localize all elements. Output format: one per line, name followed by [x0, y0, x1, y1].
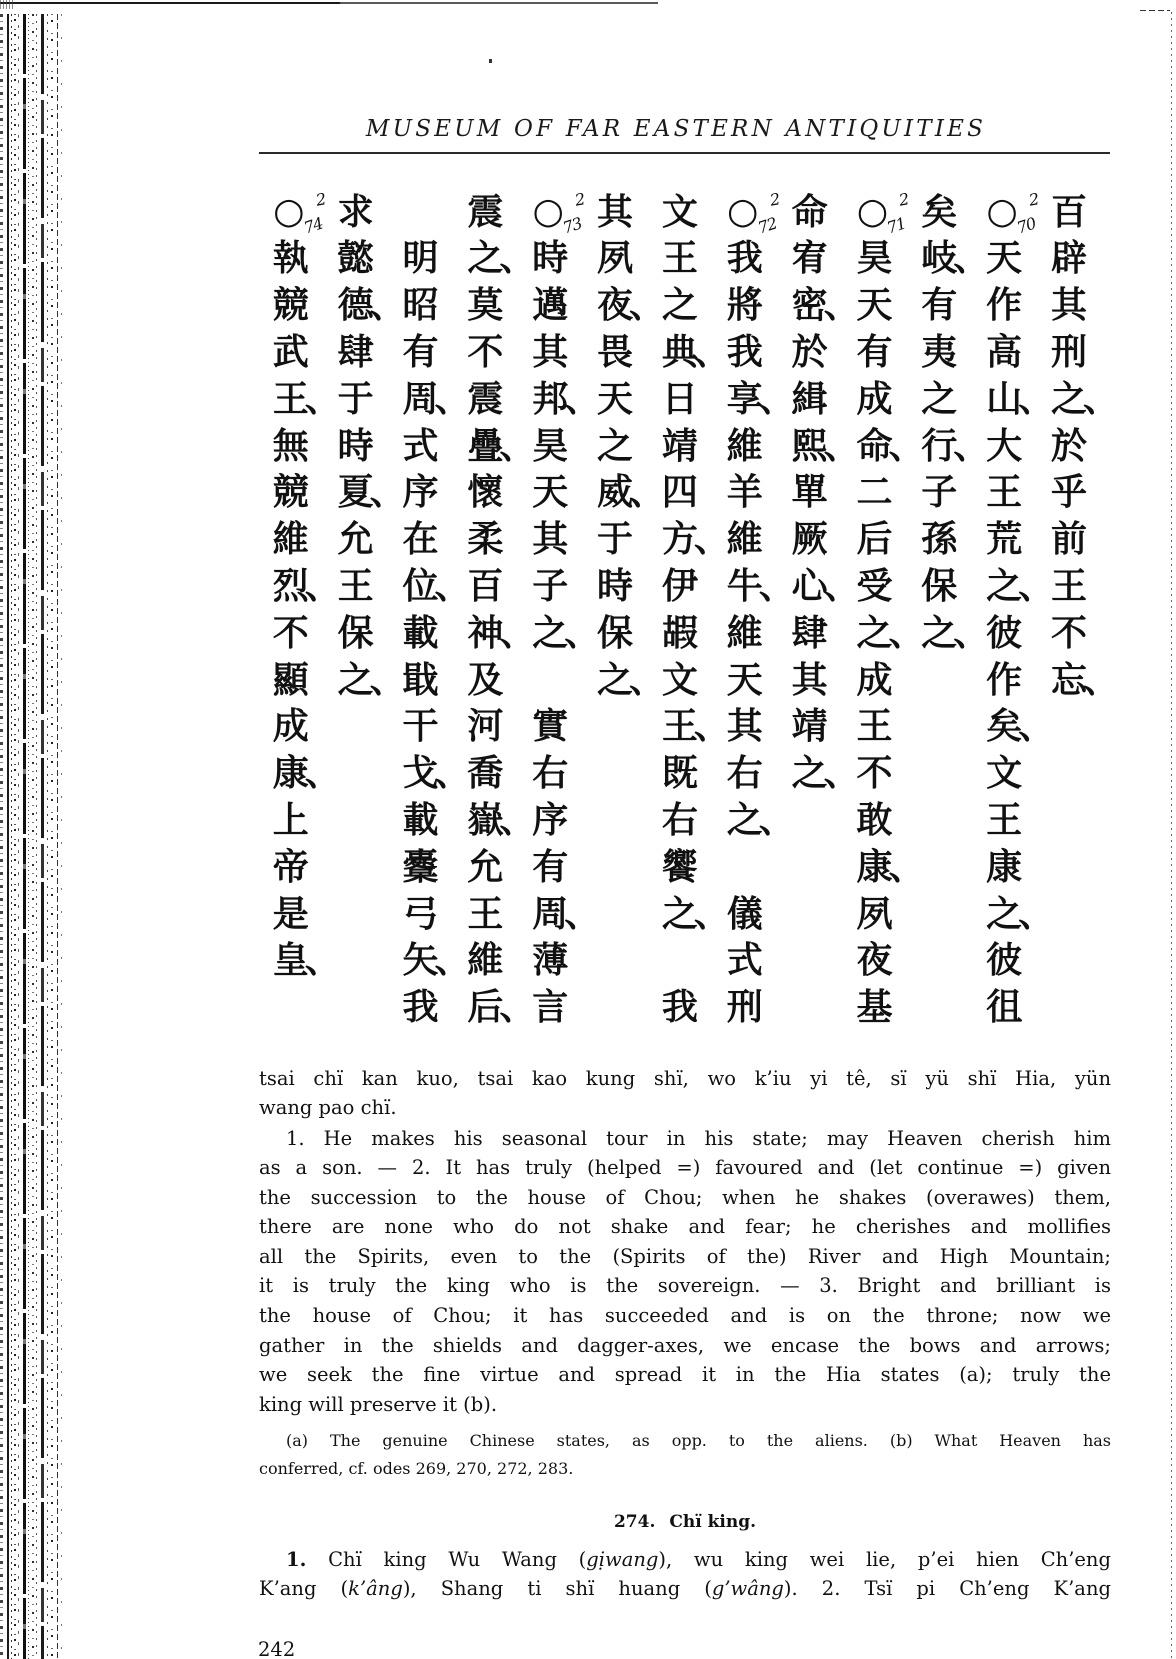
chinese-character: 大 — [986, 423, 1024, 470]
chinese-character: 天 — [986, 235, 1024, 282]
chinese-character: 刑 — [727, 984, 765, 1031]
chinese-character: 時 — [597, 563, 635, 610]
chinese-character: 震 — [467, 376, 505, 423]
chinese-character: 之、 — [921, 610, 959, 657]
chinese-character: 維 — [727, 423, 765, 470]
chinese-character: 懷 — [467, 469, 505, 516]
chinese-character: 位、 — [403, 563, 441, 610]
chinese-character: 莫 — [467, 282, 505, 329]
chinese-character: 競 — [273, 282, 311, 329]
romanization-line: K’ang (k’âng), Shang ti shï huang (g’wân… — [259, 1574, 1111, 1604]
chinese-character: 單 — [792, 469, 830, 516]
translation-line: the succession to the house of Chou; whe… — [259, 1183, 1111, 1213]
chinese-character: 其 — [532, 516, 570, 563]
chinese-character: 德、 — [338, 282, 376, 329]
translation-line: there are none who do not shake and fear… — [259, 1212, 1111, 1242]
chinese-character: 柔 — [467, 516, 505, 563]
chinese-character: 后、 — [467, 984, 505, 1031]
chinese-character: 于 — [338, 376, 376, 423]
chinese-character: 右 — [727, 750, 765, 797]
chinese-character: 天 — [856, 282, 894, 329]
chinese-character: 懿 — [338, 235, 376, 282]
text-segment: ), Shang ti shï huang ( — [403, 1577, 712, 1600]
chinese-character: 之、 — [338, 657, 376, 704]
scan-streak — [41, 14, 44, 1659]
chinese-character: 喬 — [467, 750, 505, 797]
chinese-character: 二 — [856, 469, 894, 516]
chinese-character: 周、 — [403, 376, 441, 423]
romanization-line: tsai chï kan kuo, tsai kao kung shï, wo … — [259, 1064, 1111, 1094]
ode-number-first-digit: 2 — [574, 189, 587, 209]
chinese-character: 之、 — [1051, 376, 1089, 423]
scan-mark-top-right — [1140, 10, 1170, 11]
scan-noise-top-left — [0, 0, 14, 9]
chinese-character: 牛、 — [727, 563, 765, 610]
chinese-character: 右 — [662, 797, 700, 844]
chinese-character: 辟 — [1051, 235, 1089, 282]
ode-marker-circle: ○ — [724, 189, 762, 236]
scan-streak — [14, 14, 16, 1659]
chinese-character: 有 — [532, 844, 570, 891]
ode-number-handwritten: 270 — [1017, 190, 1047, 230]
chinese-character: 作 — [986, 657, 1024, 704]
chinese-character: 在 — [403, 516, 441, 563]
chinese-character: 王 — [662, 235, 700, 282]
chinese-character: 邁 — [532, 282, 570, 329]
chinese-character: 弓 — [403, 891, 441, 938]
chinese-character: 肆 — [338, 329, 376, 376]
ode-number-first-digit: 2 — [898, 189, 911, 209]
chinese-character: 言 — [532, 984, 570, 1031]
chinese-character: 有 — [856, 329, 894, 376]
chinese-character: 有 — [403, 329, 441, 376]
scan-streak — [28, 14, 29, 1659]
scan-streak — [47, 14, 48, 1659]
chinese-character: 夙 — [597, 235, 635, 282]
chinese-character: 我 — [727, 329, 765, 376]
translation-line: king will preserve it (b). — [259, 1390, 1111, 1420]
chinese-character: 其 — [792, 657, 830, 704]
chinese-character: 昊 — [856, 235, 894, 282]
chinese-character: 畏 — [597, 329, 635, 376]
ode-number-label: 274. — [614, 1512, 655, 1532]
chinese-character: 夙 — [856, 891, 894, 938]
chinese-character: 我 — [727, 235, 765, 282]
scan-edge-left — [0, 14, 64, 1659]
chinese-character: 高 — [986, 329, 1024, 376]
chinese-character: 四 — [662, 469, 700, 516]
footnote-line: conferred, cf. odes 269, 270, 272, 283. — [259, 1455, 1111, 1483]
chinese-character: 王 — [986, 797, 1024, 844]
chinese-character: 后 — [856, 516, 894, 563]
chinese-character: 其 — [1051, 282, 1089, 329]
chinese-character: 靖 — [792, 703, 830, 750]
chinese-character: 是 — [273, 891, 311, 938]
header-rule — [259, 152, 1110, 154]
chinese-character: 心、 — [792, 563, 830, 610]
ode-number-first-digit: 2 — [1028, 189, 1041, 209]
chinese-character: 烈、 — [273, 563, 311, 610]
running-head-title: MUSEUM OF FAR EASTERN ANTIQUITIES — [276, 114, 1076, 144]
scan-streak — [18, 14, 19, 1659]
text-segment: Chï king Wu Wang ( — [306, 1548, 586, 1571]
chinese-character: 式 — [727, 937, 765, 984]
ode-marker-circle: ○ — [853, 189, 891, 236]
chinese-character: 序 — [403, 469, 441, 516]
chinese-character: 刑 — [1051, 329, 1089, 376]
chinese-character: 羊 — [727, 469, 765, 516]
text-segment: ), wu king wei lie, p’ei hien Ch’eng — [658, 1548, 1111, 1571]
chinese-character: 之、 — [727, 797, 765, 844]
ode-number-rest-digits: 71 — [885, 214, 908, 238]
chinese-character: 維 — [467, 937, 505, 984]
chinese-character: 矣、 — [986, 703, 1024, 750]
chinese-character: 載 — [403, 610, 441, 657]
chinese-character: 王 — [467, 891, 505, 938]
chinese-character: 疊、 — [467, 423, 505, 470]
ode-marker-circle: ○ — [983, 189, 1021, 236]
scan-streak — [36, 14, 37, 1659]
chinese-character: 之、 — [532, 610, 570, 657]
archaic-reading: gịwang — [586, 1548, 658, 1571]
translation-line: all the Spirits, even to the (Spirits of… — [259, 1242, 1111, 1272]
chinese-character: 之、 — [792, 750, 830, 797]
chinese-character: 維 — [727, 516, 765, 563]
scan-edge-line-top — [0, 2, 658, 4]
chinese-character: 命、 — [856, 423, 894, 470]
chinese-character: 矢、 — [403, 937, 441, 984]
ode-number-first-digit: 2 — [768, 189, 781, 209]
stanza-number: 1. — [286, 1548, 306, 1571]
chinese-character: 保 — [338, 610, 376, 657]
chinese-character: 緝 — [792, 376, 830, 423]
chinese-character: 康 — [986, 844, 1024, 891]
chinese-character: 王 — [338, 563, 376, 610]
chinese-character: 敢 — [856, 797, 894, 844]
chinese-character: 執 — [273, 235, 311, 282]
chinese-character: 櫜 — [403, 844, 441, 891]
chinese-character: 維 — [727, 610, 765, 657]
ode-marker-circle: ○ — [270, 189, 308, 236]
chinese-character: 王 — [986, 469, 1024, 516]
chinese-character: 矣 — [921, 189, 959, 236]
translation-line: the house of Chou; it has succeeded and … — [259, 1301, 1111, 1331]
chinese-character: 之、 — [986, 891, 1024, 938]
chinese-character: 昊 — [532, 423, 570, 470]
ode-title: Chï king. — [669, 1512, 756, 1532]
chinese-character: 方、 — [662, 516, 700, 563]
chinese-character: 競 — [273, 469, 311, 516]
chinese-character: 不 — [1051, 610, 1089, 657]
chinese-character: 實 — [532, 703, 570, 750]
chinese-character: 干 — [403, 703, 441, 750]
chinese-character: 受 — [856, 563, 894, 610]
chinese-character: 震 — [467, 189, 505, 236]
chinese-character: 饗 — [662, 844, 700, 891]
translation-line: gather in the shields and dagger-axes, w… — [259, 1331, 1111, 1361]
scan-streak — [32, 14, 34, 1659]
chinese-character: 山、 — [986, 376, 1024, 423]
chinese-character: 保 — [597, 610, 635, 657]
chinese-character: 康、 — [273, 750, 311, 797]
chinese-character: 天 — [727, 657, 765, 704]
chinese-character: 文 — [986, 750, 1024, 797]
footnote-line: (a) The genuine Chinese states, as opp. … — [286, 1427, 1111, 1455]
scan-streak — [51, 14, 53, 1659]
chinese-character: 熙、 — [792, 423, 830, 470]
chinese-character: 成 — [273, 703, 311, 750]
chinese-character: 武 — [273, 329, 311, 376]
romanization-line: wang pao chï. — [259, 1093, 1111, 1123]
chinese-character: 邦、 — [532, 376, 570, 423]
chinese-character: 明 — [403, 235, 441, 282]
chinese-character: 成 — [856, 657, 894, 704]
chinese-character: 于 — [597, 516, 635, 563]
text-segment: K’ang ( — [259, 1577, 348, 1600]
scan-streak — [0, 14, 3, 1659]
ode-number-handwritten: 274 — [304, 190, 334, 230]
chinese-character: 徂 — [986, 984, 1024, 1031]
chinese-character: 肆 — [792, 610, 830, 657]
chinese-character: 厥 — [792, 516, 830, 563]
chinese-character: 子 — [921, 469, 959, 516]
ode-marker-circle: ○ — [529, 189, 567, 236]
chinese-character: 保 — [921, 563, 959, 610]
chinese-character: 儀 — [727, 891, 765, 938]
chinese-character: 維 — [273, 516, 311, 563]
chinese-character: 上 — [273, 797, 311, 844]
next-ode-romanization: 1. Chï king Wu Wang (gịwang), wu king we… — [259, 1545, 1111, 1604]
chinese-character: 帝 — [273, 844, 311, 891]
ode-number-handwritten: 271 — [887, 190, 917, 230]
chinese-character: 伊 — [662, 563, 700, 610]
chinese-character: 允 — [338, 516, 376, 563]
chinese-character: 密、 — [792, 282, 830, 329]
chinese-character: 王 — [856, 703, 894, 750]
chinese-character: 戢 — [403, 657, 441, 704]
chinese-character: 享、 — [727, 376, 765, 423]
chinese-character: 神、 — [467, 610, 505, 657]
chinese-character: 宥 — [792, 235, 830, 282]
chinese-character: 之、 — [856, 610, 894, 657]
chinese-character: 戈、 — [403, 750, 441, 797]
scan-streak — [11, 14, 12, 1659]
chinese-character: 時 — [532, 235, 570, 282]
chinese-character: 於 — [792, 329, 830, 376]
chinese-character: 基 — [856, 984, 894, 1031]
chinese-character: 嶽、 — [467, 797, 505, 844]
chinese-character: 式 — [403, 423, 441, 470]
chinese-character: 夜 — [856, 937, 894, 984]
scan-edge-right — [1171, 12, 1172, 1659]
chinese-character: 之、 — [662, 891, 700, 938]
romanization-continuation: tsai chï kan kuo, tsai kao kung shï, wo … — [259, 1064, 1111, 1123]
chinese-character: 之 — [921, 376, 959, 423]
chinese-character: 作 — [986, 282, 1024, 329]
scan-streak — [23, 14, 26, 1659]
chinese-character: 載 — [403, 797, 441, 844]
chinese-character: 夏、 — [338, 469, 376, 516]
chinese-character: 既 — [662, 750, 700, 797]
chinese-character: 文 — [662, 657, 700, 704]
chinese-character: 將 — [727, 282, 765, 329]
chinese-character: 有 — [921, 282, 959, 329]
chinese-character: 嘏 — [662, 610, 700, 657]
chinese-character: 允 — [467, 844, 505, 891]
chinese-character: 顯 — [273, 657, 311, 704]
chinese-character: 河 — [467, 703, 505, 750]
chinese-character: 典、 — [662, 329, 700, 376]
chinese-character: 成 — [856, 376, 894, 423]
translation-line: we seek the fine virtue and spread it in… — [259, 1360, 1111, 1390]
scan-streak — [57, 14, 58, 1659]
chinese-character: 王 — [1051, 563, 1089, 610]
chinese-character: 命 — [792, 189, 830, 236]
ode-number-handwritten: 273 — [563, 190, 593, 230]
chinese-character: 靖 — [662, 423, 700, 470]
page-number: 242 — [258, 1635, 295, 1659]
chinese-character: 行、 — [921, 423, 959, 470]
chinese-character: 康、 — [856, 844, 894, 891]
chinese-character: 之、 — [986, 563, 1024, 610]
chinese-character: 乎 — [1051, 469, 1089, 516]
chinese-character: 無 — [273, 423, 311, 470]
chinese-character: 之 — [662, 282, 700, 329]
chinese-character: 之、 — [467, 235, 505, 282]
chinese-character: 前 — [1051, 516, 1089, 563]
archaic-reading: k’âng — [348, 1577, 403, 1600]
chinese-character: 之 — [597, 423, 635, 470]
text-segment: ). 2. Tsï pi Ch’eng K’ang — [784, 1577, 1111, 1600]
chinese-character: 天 — [532, 469, 570, 516]
chinese-character: 百 — [1051, 189, 1089, 236]
chinese-character: 夜、 — [597, 282, 635, 329]
translation-line: it is truly the king who is the sovereig… — [259, 1271, 1111, 1301]
chinese-character: 不 — [273, 610, 311, 657]
scan-streak — [61, 14, 62, 1659]
chinese-character: 岐、 — [921, 235, 959, 282]
chinese-character: 序 — [532, 797, 570, 844]
chinese-character: 之、 — [597, 657, 635, 704]
chinese-character: 其 — [727, 703, 765, 750]
chinese-character: 天 — [597, 376, 635, 423]
chinese-character: 日 — [662, 376, 700, 423]
scan-streak — [7, 14, 9, 1659]
section-heading: 274.Chï king. — [259, 1507, 1111, 1537]
chinese-character: 子 — [532, 563, 570, 610]
chinese-character: 求 — [338, 189, 376, 236]
chinese-character: 不 — [856, 750, 894, 797]
chinese-character: 威、 — [597, 469, 635, 516]
chinese-character: 我 — [403, 984, 441, 1031]
footnote-block: (a) The genuine Chinese states, as opp. … — [259, 1427, 1111, 1483]
chinese-character: 昭 — [403, 282, 441, 329]
chinese-character: 孫 — [921, 516, 959, 563]
chinese-character: 其 — [532, 329, 570, 376]
chinese-character: 於 — [1051, 423, 1089, 470]
chinese-character: 薄 — [532, 937, 570, 984]
translation-paragraph: 1. He makes his seasonal tour in his sta… — [259, 1124, 1111, 1420]
chinese-character: 皇、 — [273, 937, 311, 984]
chinese-character: 我 — [662, 984, 700, 1031]
archaic-reading: g’wâng — [712, 1577, 784, 1600]
chinese-character: 彼 — [986, 610, 1024, 657]
chinese-character: 王、 — [273, 376, 311, 423]
chinese-character: 文 — [662, 189, 700, 236]
romanization-line: 1. Chï king Wu Wang (gịwang), wu king we… — [286, 1545, 1111, 1575]
chinese-character: 王、 — [662, 703, 700, 750]
chinese-character: 右 — [532, 750, 570, 797]
scan-speck — [489, 59, 492, 63]
chinese-character: 時 — [338, 423, 376, 470]
chinese-character: 彼 — [986, 937, 1024, 984]
ode-number-first-digit: 2 — [314, 189, 327, 209]
chinese-character: 周、 — [532, 891, 570, 938]
chinese-character: 百 — [467, 563, 505, 610]
chinese-character: 夷 — [921, 329, 959, 376]
chinese-character: 荒 — [986, 516, 1024, 563]
translation-line: as a son. — 2. It has truly (helped =) f… — [259, 1153, 1111, 1183]
chinese-character: 及 — [467, 657, 505, 704]
chinese-character: 忘、 — [1051, 657, 1089, 704]
translation-line: 1. He makes his seasonal tour in his sta… — [286, 1124, 1111, 1154]
chinese-character: 其 — [597, 189, 635, 236]
ode-number-handwritten: 272 — [758, 190, 788, 230]
chinese-character: 不 — [467, 329, 505, 376]
